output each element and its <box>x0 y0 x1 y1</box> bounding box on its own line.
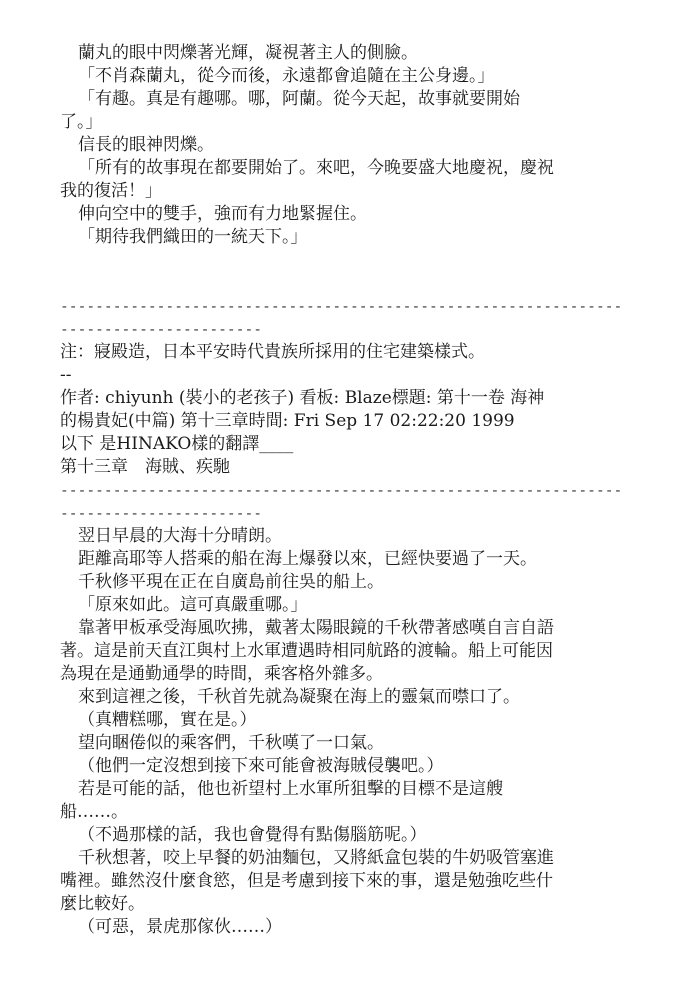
divider-line: ----------------------------------------… <box>60 479 640 502</box>
paragraph-line: 若是可能的話，他也祈望村上水軍所狙擊的目標不是這艘 <box>60 778 640 801</box>
paragraph-line: 著。這是前天直江與村上水軍遭遇時相同航路的渡輪。船上可能因 <box>60 640 640 663</box>
paragraph-line: 麼比較好。 <box>60 893 640 916</box>
paragraph-line: 望向睏倦似的乘客們，千秋嘆了一口氣。 <box>60 732 640 755</box>
paragraph-line: 千秋修平現在正在自廣島前往吳的船上。 <box>60 571 640 594</box>
paragraph-line: 我的復活！」 <box>60 180 640 203</box>
paragraph-line: 來到這裡之後，千秋首先就為凝聚在海上的靈氣而噤口了。 <box>60 686 640 709</box>
paragraph-line: 為現在是通勤通學的時間，乘客格外雜多。 <box>60 663 640 686</box>
paragraph-line: 靠著甲板承受海風吹拂，戴著太陽眼鏡的千秋帶著感嘆自言自語 <box>60 617 640 640</box>
post-header-author-board-title: 作者: chiyunh (裝小的老孩子) 看板: Blaze標題: 第十一卷 海… <box>60 387 640 410</box>
paragraph-line: 信長的眼神閃爍。 <box>60 134 640 157</box>
chapter-title: 第十三章 海賊、疾馳 <box>60 456 640 479</box>
signature-separator: -- <box>60 364 640 387</box>
paragraph-line: 「有趣。真是有趣哪。哪，阿蘭。從今天起，故事就要開始 <box>60 88 640 111</box>
paragraph-line: （不過那樣的話，我也會覺得有點傷腦筋呢。） <box>60 824 640 847</box>
paragraph-line: 船……。 <box>60 801 640 824</box>
story-section-ending: 蘭丸的眼中閃爍著光輝，凝視著主人的側臉。 「不肖森蘭丸，從今而後，永遠都會追隨在… <box>60 42 640 249</box>
paragraph-line: （可惡，景虎那傢伙……） <box>60 916 640 939</box>
paragraph-line: 嘴裡。雖然沒什麼食慾，但是考慮到接下來的事，還是勉強吃些什 <box>60 870 640 893</box>
paragraph-line: 「原來如此。這可真嚴重哪。」 <box>60 594 640 617</box>
paragraph-line: 「所有的故事現在都要開始了。來吧，今晚要盛大地慶祝，慶祝 <box>60 157 640 180</box>
divider-line-continued: ----------------------- <box>60 502 640 525</box>
paragraph-line: 了。」 <box>60 111 640 134</box>
post-header-title-time: 的楊貴妃(中篇) 第十三章時間: Fri Sep 17 02:22:20 199… <box>60 410 640 433</box>
paragraph-line: 伸向空中的雙手，強而有力地緊握住。 <box>60 203 640 226</box>
paragraph-line: 蘭丸的眼中閃爍著光輝，凝視著主人的側臉。 <box>60 42 640 65</box>
paragraph-line: 「不肖森蘭丸，從今而後，永遠都會追隨在主公身邊。」 <box>60 65 640 88</box>
paragraph-line: （他們一定沒想到接下來可能會被海賊侵襲吧。） <box>60 755 640 778</box>
footnote: 注：寢殿造，日本平安時代貴族所採用的住宅建築樣式。 <box>60 341 640 364</box>
document-page: 蘭丸的眼中閃爍著光輝，凝視著主人的側臉。 「不肖森蘭丸，從今而後，永遠都會追隨在… <box>60 42 640 939</box>
paragraph-line: 距離高耶等人搭乘的船在海上爆發以來，已經快要過了一天。 <box>60 548 640 571</box>
divider-line-continued: ----------------------- <box>60 318 640 341</box>
translator-credit: 以下 是HINAKO樣的翻譯____ <box>60 433 640 456</box>
paragraph-line: （真糟糕哪，實在是。） <box>60 709 640 732</box>
divider-line: ----------------------------------------… <box>60 295 640 318</box>
post-header: 作者: chiyunh (裝小的老孩子) 看板: Blaze標題: 第十一卷 海… <box>60 387 640 479</box>
story-section-chapter-13: 翌日早晨的大海十分晴朗。 距離高耶等人搭乘的船在海上爆發以來，已經快要過了一天。… <box>60 525 640 939</box>
paragraph-line: 「期待我們織田的一統天下。」 <box>60 226 640 249</box>
blank-gap <box>60 249 640 295</box>
paragraph-line: 翌日早晨的大海十分晴朗。 <box>60 525 640 548</box>
paragraph-line: 千秋想著，咬上早餐的奶油麵包，又將紙盒包裝的牛奶吸管塞進 <box>60 847 640 870</box>
